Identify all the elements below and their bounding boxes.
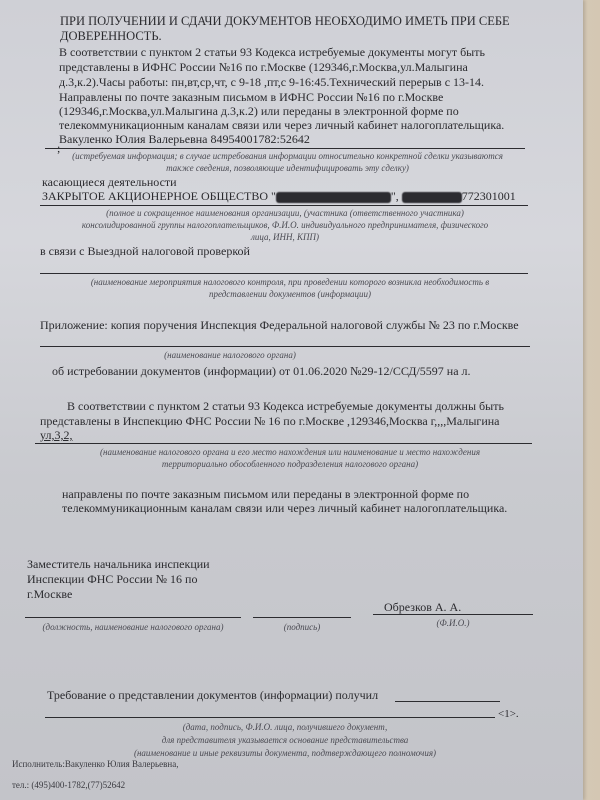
contact-line: Вакуленко Юлия Валерьевна 84954001782:52… xyxy=(59,132,310,147)
kpp-value: 772301001 xyxy=(462,189,516,203)
submission-line: представлены в Инспекцию ФНС России № 16… xyxy=(40,414,500,429)
info-line: В соответствии с пунктом 2 статьи 93 Код… xyxy=(59,45,485,60)
control-event: в связи с Выездной налоговой проверкой xyxy=(40,244,250,259)
redacted-inn xyxy=(402,192,462,203)
receipt-line-1 xyxy=(395,701,500,702)
signer-position: Заместитель начальника инспекции xyxy=(27,557,210,572)
position-hint: (должность, наименование налогового орга… xyxy=(25,621,241,633)
info-line: Направлены по почте заказным письмом в И… xyxy=(59,90,443,105)
signature-hint: (подпись) xyxy=(253,621,351,633)
signer-position: Инспекции ФНС России № 16 по xyxy=(27,572,197,587)
notice-line-2: ДОВЕРЕННОСТЬ. xyxy=(60,29,162,44)
delivery-line: телекоммуникационным каналам связи или ч… xyxy=(62,501,507,516)
receipt-text: Требование о представлении документов (и… xyxy=(47,688,378,703)
receipt-hint: (дата, подпись, Ф.И.О. лица, получившего… xyxy=(100,721,470,760)
submission-line: В соответствии с пунктом 2 статьи 93 Код… xyxy=(67,399,504,414)
info-line: представлены в ИФНС России №16 по г.Моск… xyxy=(59,60,468,75)
position-line xyxy=(25,617,241,618)
receipt-line-2 xyxy=(45,717,495,718)
signer-name: Обрезков А. А. xyxy=(384,600,461,615)
request-reference: об истребовании документов (информации) … xyxy=(52,364,471,379)
subject-organization: ЗАКРЫТОЕ АКЦИОНЕРНОЕ ОБЩЕСТВО "", 772301… xyxy=(42,189,516,204)
attachment-text: Приложение: копия поручения Инспекция Фе… xyxy=(40,318,519,333)
executor-phone: тел.: (495)400-1782,(77)52642 xyxy=(12,780,125,790)
subject-label: касающиеся деятельности xyxy=(42,175,177,190)
info-line: (129346,г.Москва,ул.Малыгина д.3,к.2) ил… xyxy=(59,104,459,119)
control-event-line xyxy=(40,273,528,274)
name-hint: (Ф.И.О.) xyxy=(373,617,533,629)
redacted-name xyxy=(276,192,391,203)
document-page: ПРИ ПОЛУЧЕНИИ И СДАЧИ ДОКУМЕНТОВ НЕОБХОД… xyxy=(0,0,583,800)
signature-line xyxy=(253,617,351,618)
footnote-ref: <1>. xyxy=(498,707,519,722)
control-event-hint: (наименование мероприятия налогового кон… xyxy=(55,276,525,300)
info-line: д.3,к.2).Часы работы: пн,вт,ср,чт, с 9-1… xyxy=(59,75,484,90)
submission-line-rule xyxy=(35,443,532,444)
signer-position: г.Москве xyxy=(27,587,72,602)
delivery-line: направлены по почте заказным письмом или… xyxy=(62,487,469,502)
info-line: телекоммуникационным каналам связи или ч… xyxy=(59,118,504,133)
executor: Исполнитель:Вакуленко Юлия Валерьевна, xyxy=(12,759,178,769)
attachment-hint: (наименование налогового органа) xyxy=(130,349,330,361)
subject-hint: (полное и сокращенное наименования орган… xyxy=(40,207,530,243)
attachment-line xyxy=(40,346,530,347)
submission-line: ул,3,2, xyxy=(40,428,72,443)
requested-info-hint: (истребуемая информация; в случае истреб… xyxy=(40,150,535,174)
name-line xyxy=(373,614,533,615)
notice-line-1: ПРИ ПОЛУЧЕНИИ И СДАЧИ ДОКУМЕНТОВ НЕОБХОД… xyxy=(60,14,510,29)
submission-hint: (наименование налогового органа и его ме… xyxy=(70,446,510,470)
